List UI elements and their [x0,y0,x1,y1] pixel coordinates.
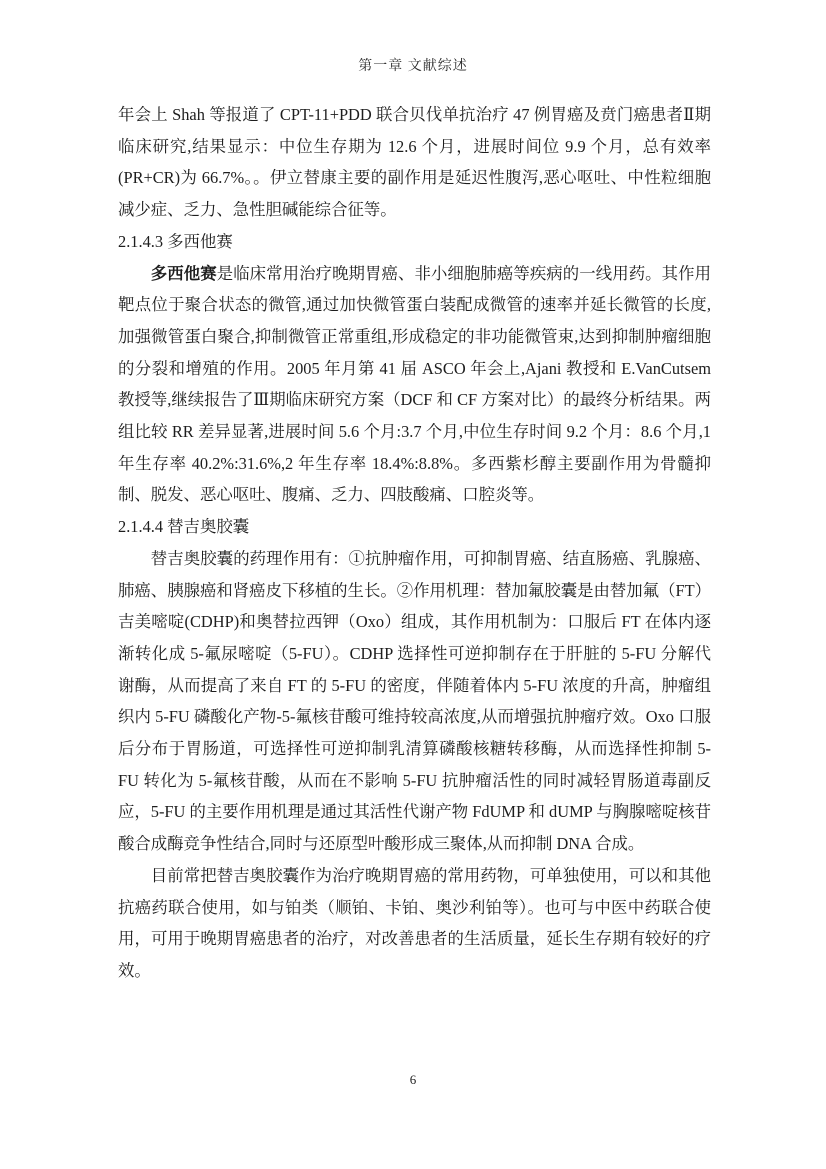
page-number: 6 [410,1072,417,1087]
docetaxel-bold-lead: 多西他赛 [151,264,217,283]
section-heading-s1-capsule: 2.1.4.4 替吉奥胶囊 [118,511,711,543]
paragraph-s1-clinical-usage: 目前常把替吉奥胶囊作为治疗晚期胃癌的常用药物，可单独使用，可以和其他抗癌药联合使… [118,860,711,987]
document-page: 第一章 文献综述 年会上 Shah 等报道了 CPT-11+PDD 联合贝伐单抗… [0,0,826,1169]
docetaxel-body-text: 是临床常用治疗晚期胃癌、非小细胞肺癌等疾病的一线用药。其作用靶点位于聚合状态的微… [118,264,711,505]
page-header: 第一章 文献综述 [0,55,826,75]
page-footer: 6 [0,1072,826,1088]
paragraph-s1-pharmacology: 替吉奥胶囊的药理作用有：①抗肿瘤作用，可抑制胃癌、结直肠癌、乳腺癌、肺癌、胰腺癌… [118,543,711,860]
section-heading-docetaxel: 2.1.4.3 多西他赛 [118,226,711,258]
paragraph-docetaxel: 多西他赛是临床常用治疗晚期胃癌、非小细胞肺癌等疾病的一线用药。其作用靶点位于聚合… [118,258,711,512]
chapter-title: 第一章 文献综述 [358,59,468,74]
paragraph-irinotecan-study: 年会上 Shah 等报道了 CPT-11+PDD 联合贝伐单抗治疗 47 例胃癌… [118,99,711,226]
document-body: 年会上 Shah 等报道了 CPT-11+PDD 联合贝伐单抗治疗 47 例胃癌… [118,99,711,987]
